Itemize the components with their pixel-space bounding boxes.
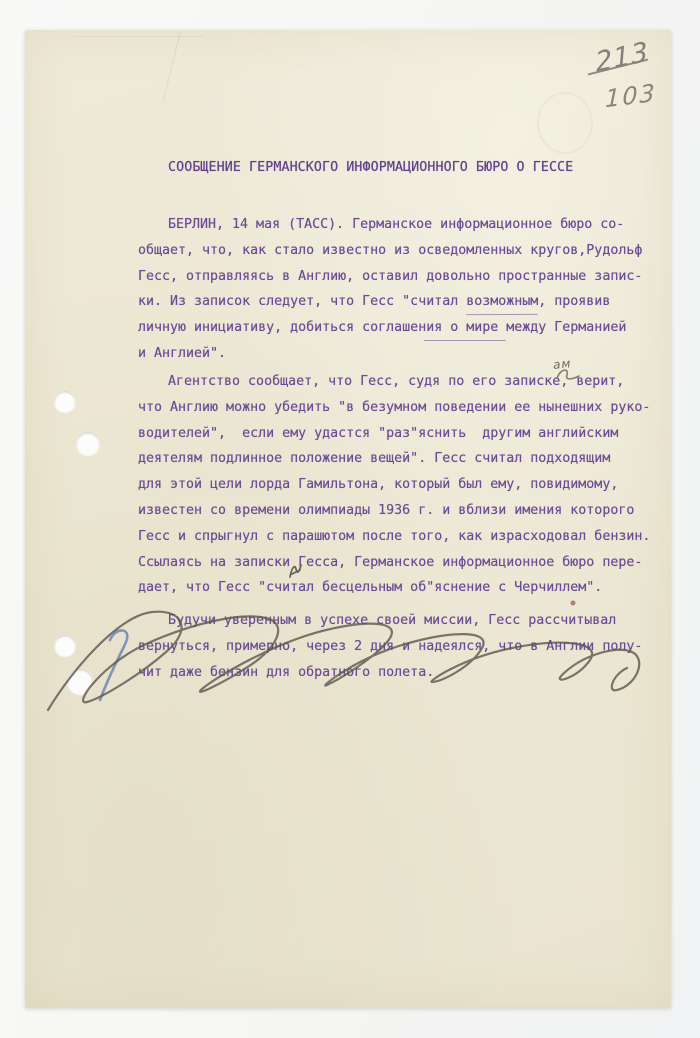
pencil-insert-mark (288, 561, 304, 581)
paper-stain (537, 92, 593, 154)
text-line: БЕРЛИН, 14 мая (ТАСС). Германское информ… (138, 212, 668, 238)
text-line: общает, что, как стало известно из освед… (138, 238, 668, 264)
paragraph-2: Агентство сообщает, что Гесс, судя по ег… (138, 369, 668, 601)
ink-dot (571, 601, 576, 606)
text-line: известен со времени олимпиады 1936 г. и … (138, 498, 668, 524)
text-line: ки. Из записок следует, что Гесс "считал… (138, 289, 668, 315)
punch-hole (54, 391, 76, 413)
text-line: водителей", если ему удастся "раз"яснить… (138, 421, 668, 447)
text-line: деятелям подлинное положение вещей". Гес… (138, 446, 668, 472)
text-line: Агентство сообщает, что Гесс, судя по ег… (138, 369, 668, 395)
text-line: Гесс и спрыгнул с парашютом после того, … (138, 524, 668, 550)
text-line: что Англию можно убедить "в безумном пов… (138, 395, 668, 421)
paragraph-1: БЕРЛИН, 14 мая (ТАСС). Германское информ… (138, 212, 668, 367)
paper-crease (73, 36, 205, 45)
crossed-out-page-number: 213 (594, 36, 651, 78)
document-scan: 213 103 СООБЩЕНИЕ ГЕРМАНСКОГО ИНФОРМАЦИО… (0, 0, 700, 1038)
text-line: Ссылаясь на записки Гесса, Германское ин… (138, 550, 668, 576)
document-page: 213 103 СООБЩЕНИЕ ГЕРМАНСКОГО ИНФОРМАЦИО… (25, 30, 671, 1008)
correction-strike-loop (555, 366, 585, 384)
punch-hole (76, 432, 100, 456)
text-line: Гесс, отправляясь в Англию, оставил дово… (138, 264, 668, 290)
text-line: для этой цели лорда Гамильтона, который … (138, 472, 668, 498)
pencil-scribble (40, 588, 700, 738)
text-line: и Англией". (138, 341, 668, 367)
text-line: личную инициативу, добиться соглашения о… (138, 315, 668, 341)
page-number: 103 (605, 79, 657, 114)
document-title: СООБЩЕНИЕ ГЕРМАНСКОГО ИНФОРМАЦИОННОГО БЮ… (168, 160, 628, 175)
